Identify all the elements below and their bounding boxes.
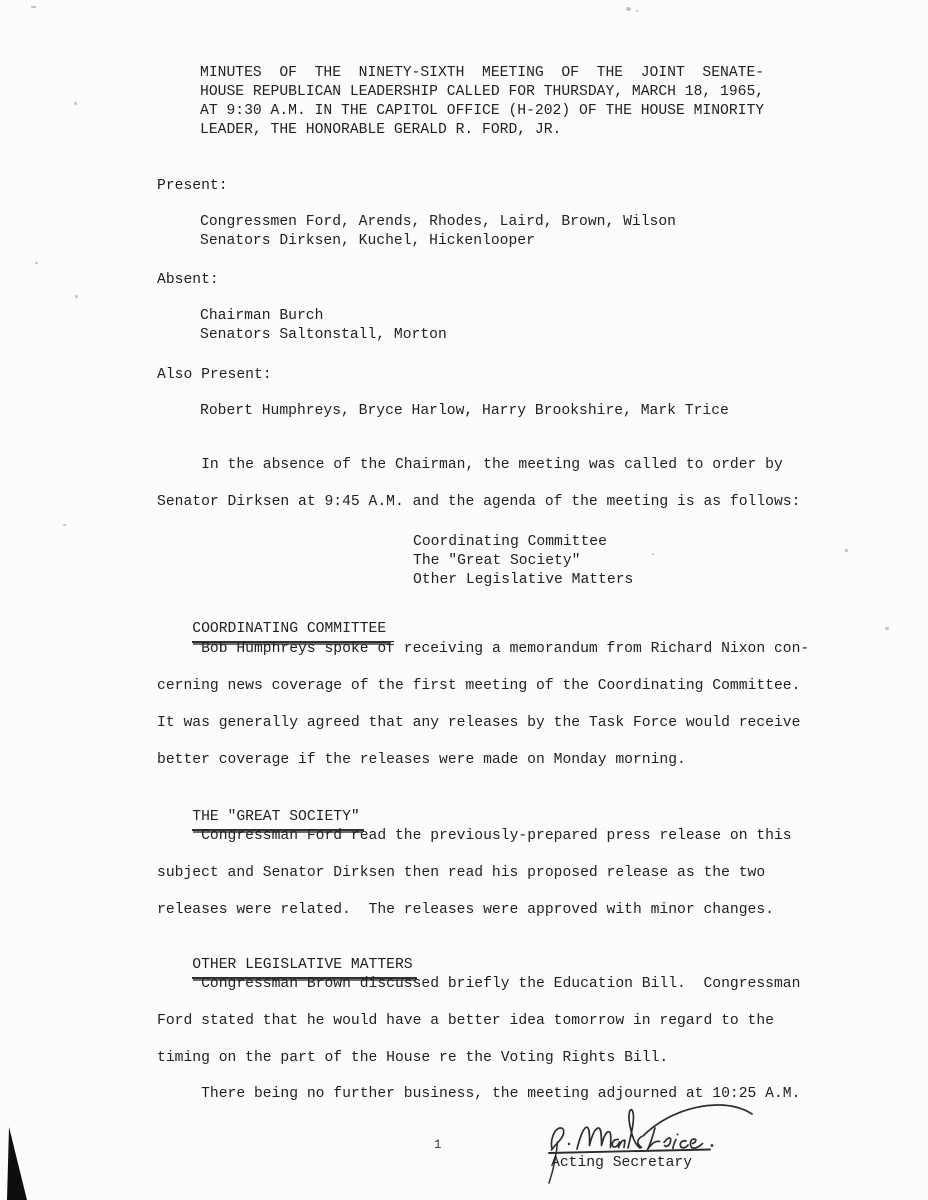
signature-stroke-k	[628, 1110, 642, 1148]
absent-label: Absent:	[157, 271, 219, 290]
signature-i-dot	[677, 1134, 679, 1136]
scan-speck	[845, 549, 848, 552]
agenda-list: Coordinating Committee The "Great Societ…	[413, 533, 713, 590]
section-body-coordinating-committee: Bob Humphreys spoke of receiving a memor…	[157, 631, 857, 779]
scan-speck	[626, 7, 631, 11]
signature-stroke-ar	[612, 1139, 625, 1147]
scan-speck	[346, 812, 349, 814]
signature-handwriting	[540, 1098, 760, 1188]
section-body-other-legislative-matters: Congressman Brown discussed briefly the …	[157, 966, 857, 1077]
present-label: Present:	[157, 177, 228, 196]
page-number: 1	[434, 1138, 442, 1152]
scan-speck	[885, 627, 889, 630]
signature-title: Acting Secretary	[551, 1154, 692, 1173]
scan-speck	[35, 262, 38, 264]
scan-speck	[75, 295, 78, 298]
section-body-great-society: Congressman Ford read the previously-pre…	[157, 818, 857, 929]
scan-speck	[63, 524, 66, 526]
document-page: MINUTES OF THE NINETY-SIXTH MEETING OF T…	[0, 0, 928, 1200]
scan-speck	[31, 6, 36, 8]
present-list: Congressmen Ford, Arends, Rhodes, Laird,…	[200, 213, 820, 251]
intro-paragraph: In the absence of the Chairman, the meet…	[157, 447, 857, 521]
signature-stroke-rice	[664, 1138, 703, 1148]
signature-stroke-m	[577, 1127, 611, 1149]
scan-speck	[74, 102, 77, 105]
absent-list: Chairman Burch Senators Saltonstall, Mor…	[200, 307, 820, 345]
also-present-label: Also Present:	[157, 366, 272, 385]
also-present-list: Robert Humphreys, Bryce Harlow, Harry Br…	[200, 402, 840, 421]
scan-speck	[652, 553, 654, 555]
signature-underline	[549, 1150, 710, 1154]
scan-smudge-triangle	[7, 1127, 27, 1200]
signature-period	[711, 1144, 714, 1147]
scan-speck	[636, 10, 638, 12]
signature-stroke-t-flourish	[643, 1105, 752, 1136]
signature-dot	[568, 1143, 570, 1145]
document-title: MINUTES OF THE NINETY-SIXTH MEETING OF T…	[200, 64, 800, 140]
